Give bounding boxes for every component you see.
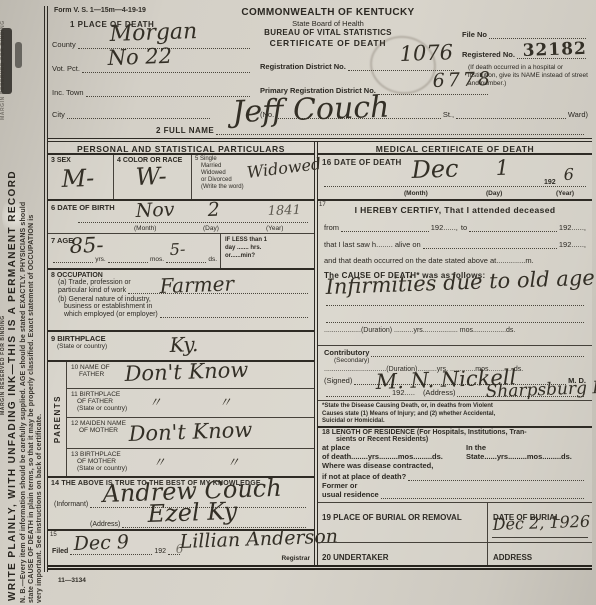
filed-number: 15 xyxy=(50,532,57,538)
footnote-line1: *State the Disease Causing Death, or, in… xyxy=(322,403,588,411)
undertaker-row: 20 UNDERTAKER ADDRESS xyxy=(318,543,592,565)
reg-district-label: Registration District No. xyxy=(260,62,346,71)
mother-name-row: 12 MAIDEN NAME OF MOTHER Don't Know xyxy=(67,418,314,449)
mother-birthplace-row: 13 BIRTHPLACE OF MOTHER (State or countr… xyxy=(67,449,314,476)
undertaker-address-cell: ADDRESS xyxy=(488,543,592,565)
in-the-label: In the xyxy=(466,443,586,452)
mother-value: Don't Know xyxy=(128,420,252,445)
certify-line: I HEREBY CERTIFY, That I attended deceas… xyxy=(324,205,586,215)
from-label: from xyxy=(324,223,339,232)
of-death-line: of death........yrs.........mos.........… xyxy=(322,452,466,461)
dod-year-hand: 6 xyxy=(563,167,574,183)
dod-year-printed: 192 xyxy=(544,179,556,186)
duration-line: ...................(Duration) ..........… xyxy=(324,327,586,334)
dotted-leader xyxy=(326,298,584,306)
year-a: 192......, xyxy=(431,223,458,232)
mother-bp-label-3: (State or country) xyxy=(71,465,314,472)
registrar-label: Registrar xyxy=(281,555,310,562)
dotted-leader xyxy=(86,89,250,97)
dob-month-value: Nov xyxy=(135,201,174,221)
ink-smudge xyxy=(15,42,22,68)
dod-month-value: Dec xyxy=(411,156,459,182)
undertaker-address-label: ADDRESS xyxy=(493,553,532,562)
age-yrs-value: 85- xyxy=(69,235,104,257)
undertaker-cell: 20 UNDERTAKER xyxy=(318,543,488,565)
signature-underline xyxy=(492,537,588,538)
age-ds-value: 5- xyxy=(169,241,185,258)
informant-address-value: Ezel Ky xyxy=(147,499,237,526)
residence-label-2: sients or Recent Residents) xyxy=(322,436,586,443)
county-label: County xyxy=(52,40,76,49)
state-line: State......yrs.........mos.........ds. xyxy=(466,452,586,461)
parents-block: PARENTS 10 NAME OF FATHER Don't Know 11 … xyxy=(48,362,314,478)
contributory-label: Contributory xyxy=(324,348,369,357)
commonwealth-title: COMMONWEALTH OF KENTUCKY xyxy=(216,7,440,18)
vot-pct-value: No 22 xyxy=(107,46,172,69)
main-columns: PERSONAL AND STATISTICAL PARTICULARS 3 S… xyxy=(48,138,592,570)
age-less-line: or......min? xyxy=(225,252,314,260)
mother-bp-ditto: 〃 xyxy=(153,457,166,470)
burial-place-cell: 19 PLACE OF BURIAL OR REMOVAL xyxy=(318,503,488,542)
death-certificate-scan: MARGIN RESERVED FOR BINDING MARGIN RESER… xyxy=(0,0,596,605)
signed-label: (Signed) xyxy=(324,376,352,385)
former-line2-row: usual residence xyxy=(322,490,586,499)
ward-label: Ward) xyxy=(568,110,588,119)
age-less-cell: IF LESS than 1 day ....... hrs. or......… xyxy=(220,234,314,268)
secondary-label: (Secondary) xyxy=(324,357,586,364)
former-line2-label: usual residence xyxy=(322,490,379,499)
contributory-line: Contributory xyxy=(324,348,586,357)
death-occurred-line: and that death occurred on the date stat… xyxy=(324,256,586,265)
full-name-label: 2 FULL NAME xyxy=(156,126,214,135)
inc-town-line: Inc. Town xyxy=(52,88,252,97)
birthplace-value: Ky. xyxy=(169,334,198,355)
filed-label: Filed xyxy=(52,548,68,555)
city-line: City xyxy=(52,110,212,119)
filed-row: 15 Filed 192 Dec 9 6 Lillian Anderson Re… xyxy=(48,531,314,564)
race-value: W- xyxy=(135,164,167,189)
dob-year-label: (Year) xyxy=(266,225,283,232)
informant-address-label: (Address) xyxy=(90,521,120,528)
sex-cell: 3 SEX M- xyxy=(48,155,114,199)
county-value: Morgan xyxy=(109,21,197,46)
dod-day-value: 1 xyxy=(495,158,509,179)
father-value: Don't Know xyxy=(124,360,248,385)
full-name-value: Jeff Couch xyxy=(232,93,390,128)
residence-place-line: at place of death........yrs.........mos… xyxy=(322,443,586,461)
father-name-row: 10 NAME OF FATHER Don't Know xyxy=(67,362,314,389)
parents-side-label-cell: PARENTS xyxy=(48,362,67,476)
disease-contracted-line1: Where was disease contracted, xyxy=(322,461,586,470)
age-main-cell: 7 AGE yrs. mos. ds. 85- 5- xyxy=(48,234,220,268)
contributory-block: Contributory (Secondary) ...............… xyxy=(318,346,592,401)
certify-block: 17 I HEREBY CERTIFY, That I attended dec… xyxy=(318,201,592,346)
burial-place-label: 19 PLACE OF BURIAL OR REMOVAL xyxy=(322,513,462,522)
father-bp-ditto: 〃 xyxy=(149,397,162,410)
dob-day-value: 2 xyxy=(207,201,220,220)
parents-rows: 10 NAME OF FATHER Don't Know 11 BIRTHPLA… xyxy=(67,362,314,476)
year-c: 192......, xyxy=(559,240,586,249)
birthplace-row: 9 BIRTHPLACE (State or country) Ky. xyxy=(48,332,314,362)
footnote-line2: Causes state (1) Means of Injury; and (2… xyxy=(322,411,588,419)
personal-column: PERSONAL AND STATISTICAL PARTICULARS 3 S… xyxy=(48,142,314,565)
age-row: 7 AGE yrs. mos. ds. 85- 5- IF LESS than … xyxy=(48,234,314,270)
footnote-line3: Suicidal or Homicidal. xyxy=(322,418,588,426)
marital-write-word: (Write the word) xyxy=(195,184,314,191)
attended-from-line: from 192......, to 192......, xyxy=(324,223,586,232)
father-bp-label-2: OF FATHER xyxy=(71,398,314,405)
dotted-leader xyxy=(423,241,557,249)
full-name-line: 2 FULL NAME xyxy=(156,126,586,135)
vot-pct-label: Vot. Pct. xyxy=(52,64,80,73)
dotted-leader xyxy=(469,224,557,232)
dotted-leader xyxy=(456,111,566,119)
dotted-leader xyxy=(67,111,210,119)
occupation-b3: which employed (or employer) xyxy=(64,311,158,318)
dotted-leader xyxy=(371,349,584,357)
burial-date-value: Dec 2, 1926 xyxy=(492,514,590,533)
to-label: to xyxy=(461,223,467,232)
file-no-line: File No xyxy=(462,30,588,39)
dotted-leader xyxy=(408,473,584,481)
residence-block: 18 LENGTH OF RESIDENCE (For Hospitals, I… xyxy=(318,428,592,503)
year-b: 192......, xyxy=(559,223,586,232)
informant-label: (Informant) xyxy=(54,501,88,508)
date-of-death-row: 16 DATE OF DEATH (Month) (Day) (Year) 19… xyxy=(318,155,592,201)
margin-nb-line1: N. B.—Every item of information should b… xyxy=(20,202,27,603)
margin-binding-text: MARGIN RESERVED FOR BINDING xyxy=(0,315,6,415)
sex-race-marital-row: 3 SEX M- 4 COLOR OR RACE W- 5 Single Mar… xyxy=(48,155,314,201)
margin-binding-text: MARGIN RESERVED FOR BINDING xyxy=(0,20,6,120)
dod-month-label: (Month) xyxy=(404,190,428,197)
dotted-leader xyxy=(381,491,584,499)
st-label: St., xyxy=(443,110,454,119)
signed-address-value: Sharpsburg Ky. xyxy=(485,379,596,401)
occupation-b3-line: which employed (or employer) xyxy=(48,310,310,318)
burial-row: 19 PLACE OF BURIAL OR REMOVAL DATE OF BU… xyxy=(318,503,592,543)
filed-year-printed: 192 xyxy=(154,548,166,555)
father-bp-ditto: 〃 xyxy=(219,397,232,410)
inc-town-label: Inc. Town xyxy=(52,88,84,97)
registered-no-label: Registered No. xyxy=(462,50,515,59)
former-line1: Former or xyxy=(322,481,586,490)
last-saw-label: that I last saw h........ alive on xyxy=(324,240,421,249)
occupation-a2: particular kind of work xyxy=(58,287,126,294)
medical-column: MEDICAL CERTIFICATE OF DEATH 16 DATE OF … xyxy=(314,142,592,565)
margin-nb-line2: state CAUSE OF DEATH in plain terms, so … xyxy=(28,215,35,603)
margin-nb-line3: very important. See instructions on back… xyxy=(36,414,43,603)
dob-row: 6 DATE OF BIRTH (Month) (Day) (Year) Nov… xyxy=(48,201,314,234)
registered-no-value: 32182 xyxy=(522,41,587,60)
age-mos-label: mos. xyxy=(150,256,164,263)
dob-month-label: (Month) xyxy=(134,225,156,232)
father-bp-label-3: (State or country) xyxy=(71,405,314,412)
dod-year-label: (Year) xyxy=(556,190,574,197)
dod-day-label: (Day) xyxy=(486,190,502,197)
city-label: City xyxy=(52,110,65,119)
dotted-leader xyxy=(160,310,308,318)
age-less-line: day ....... hrs. xyxy=(225,244,314,252)
header: Form V. S. 1—15m—4-19-19 COMMONWEALTH OF… xyxy=(48,2,592,138)
mother-bp-ditto: 〃 xyxy=(227,457,240,470)
dotted-leader xyxy=(326,315,584,323)
age-less-line: IF LESS than 1 xyxy=(225,236,314,244)
primary-district-value: 6778 xyxy=(432,70,493,91)
dotted-leader xyxy=(341,224,429,232)
state-board-line: State Board of Health xyxy=(216,19,440,28)
informant-row: 14 THE ABOVE IS TRUE TO THE BEST OF MY K… xyxy=(48,478,314,531)
form-footer-number: 11—3134 xyxy=(58,577,86,584)
dob-day-label: (Day) xyxy=(203,225,219,232)
age-ds-label: ds. xyxy=(208,256,217,263)
footnote-block: *State the Disease Causing Death, or, in… xyxy=(318,401,592,428)
dotted-leader xyxy=(489,31,586,39)
father-birthplace-row: 11 BIRTHPLACE OF FATHER (State or countr… xyxy=(67,389,314,418)
mother-bp-label-2: OF MOTHER xyxy=(71,458,314,465)
disease-line2-label: if not at place of death? xyxy=(322,472,406,481)
marital-cell: 5 Single Married Widowed or Divorced (Wr… xyxy=(192,155,314,199)
margin-write-plainly: WRITE PLAINLY, WITH UNFADING INK—THIS IS… xyxy=(7,170,18,601)
occupation-b2: business or establishment in xyxy=(48,303,314,310)
undertaker-label: 20 UNDERTAKER xyxy=(322,553,389,562)
certify-number: 17 xyxy=(319,202,326,208)
mother-bp-label-1: 13 BIRTHPLACE xyxy=(71,451,314,458)
file-no-label: File No xyxy=(462,30,487,39)
occupation-row: 8 OCCUPATION (a) Trade, profession or pa… xyxy=(48,270,314,332)
filed-date-value: Dec 9 xyxy=(73,533,129,554)
burial-date-cell: DATE OF BURIAL Dec 2, 1926 xyxy=(488,503,592,542)
last-saw-line: that I last saw h........ alive on 192..… xyxy=(324,240,586,249)
personal-section-title: PERSONAL AND STATISTICAL PARTICULARS xyxy=(48,142,314,155)
medical-section-title: MEDICAL CERTIFICATE OF DEATH xyxy=(318,142,592,155)
disease-contracted-line2: if not at place of death? xyxy=(322,472,586,481)
at-place-label: at place xyxy=(322,443,466,452)
race-cell: 4 COLOR OR RACE W- xyxy=(114,155,192,199)
sex-label: 3 SEX xyxy=(48,155,113,164)
parents-label: PARENTS xyxy=(53,395,62,443)
residence-label-1: 18 LENGTH OF RESIDENCE (For Hospitals, I… xyxy=(322,429,586,436)
dob-year-value: 1841 xyxy=(268,204,302,218)
dotted-leader xyxy=(108,255,148,263)
sex-value: M- xyxy=(61,166,95,191)
occupation-value: Farmer xyxy=(159,273,234,296)
father-bp-label-1: 11 BIRTHPLACE xyxy=(71,391,314,398)
form-code: Form V. S. 1—15m—4-19-19 xyxy=(54,7,146,14)
